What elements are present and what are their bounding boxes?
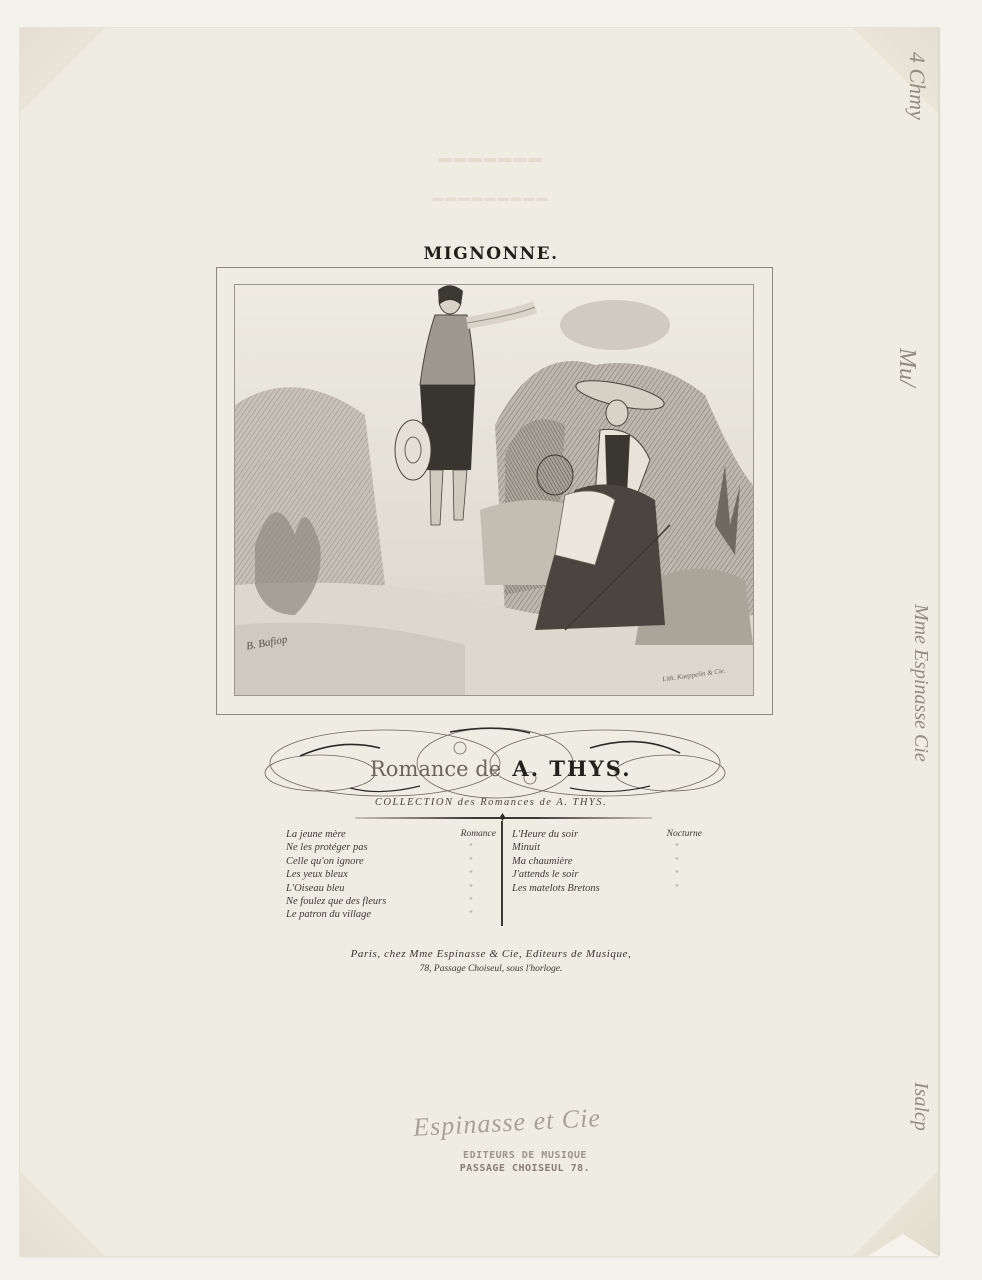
romance-label: Romance de bbox=[370, 757, 501, 781]
list-item: J'attends le soir" bbox=[512, 868, 702, 881]
lithograph-scene bbox=[235, 285, 753, 695]
list-item: Le patron du village" bbox=[286, 908, 496, 921]
list-item: L'Heure du soirNocturne bbox=[512, 828, 702, 841]
pencil-annotation-bottom: Isalcp bbox=[909, 1082, 932, 1131]
list-item: Ma chaumière" bbox=[512, 855, 702, 868]
list-item: Les yeux bleux" bbox=[286, 868, 496, 881]
publisher-stamp-line2: PASSAGE CHOISEUL 78. bbox=[425, 1163, 625, 1174]
bleed-through-text: ▬▬▬▬▬▬▬▬▬ bbox=[0, 192, 982, 204]
page-title: MIGNONNE. bbox=[0, 244, 982, 264]
pencil-annotation-top: 4 Chmy bbox=[904, 52, 930, 120]
list-item: L'Oiseau bleu" bbox=[286, 882, 496, 895]
sheet-edge bbox=[938, 28, 940, 1256]
collection-list-romances: La jeune mèreRomance Ne les protéger pas… bbox=[286, 828, 496, 922]
bleed-through-text: ▬▬▬▬▬▬▬ bbox=[0, 150, 982, 166]
list-item: Ne foulez que des fleurs" bbox=[286, 895, 496, 908]
composer-line: Romance de A. THYS. bbox=[370, 756, 670, 782]
publisher-stamp-line1: EDITEURS DE MUSIQUE bbox=[425, 1150, 625, 1161]
photo-corner-bottom-left bbox=[20, 1170, 106, 1256]
list-item: La jeune mèreRomance bbox=[286, 828, 496, 841]
collection-heading: COLLECTION des Romances de A. THYS. bbox=[0, 797, 982, 808]
composer-name: A. THYS. bbox=[512, 756, 631, 781]
list-item: Celle qu'on ignore" bbox=[286, 855, 496, 868]
publisher-address: 78, Passage Choiseul, sous l'horloge. bbox=[0, 964, 982, 974]
photo-corner-top-left bbox=[20, 28, 106, 114]
list-item: Les matelots Bretons" bbox=[512, 882, 702, 895]
collection-list-nocturnes: L'Heure du soirNocturne Minuit" Ma chaum… bbox=[512, 828, 702, 895]
pencil-annotation-middle: Mme Espinasse Cie bbox=[909, 604, 932, 762]
list-item: Ne les protéger pas" bbox=[286, 841, 496, 854]
column-divider bbox=[501, 821, 503, 926]
illustration bbox=[234, 284, 754, 696]
publisher-imprint: Paris, chez Mme Espinasse & Cie, Editeur… bbox=[0, 948, 982, 960]
list-item: Minuit" bbox=[512, 841, 702, 854]
pencil-annotation-upper: Mu/ bbox=[893, 348, 920, 387]
